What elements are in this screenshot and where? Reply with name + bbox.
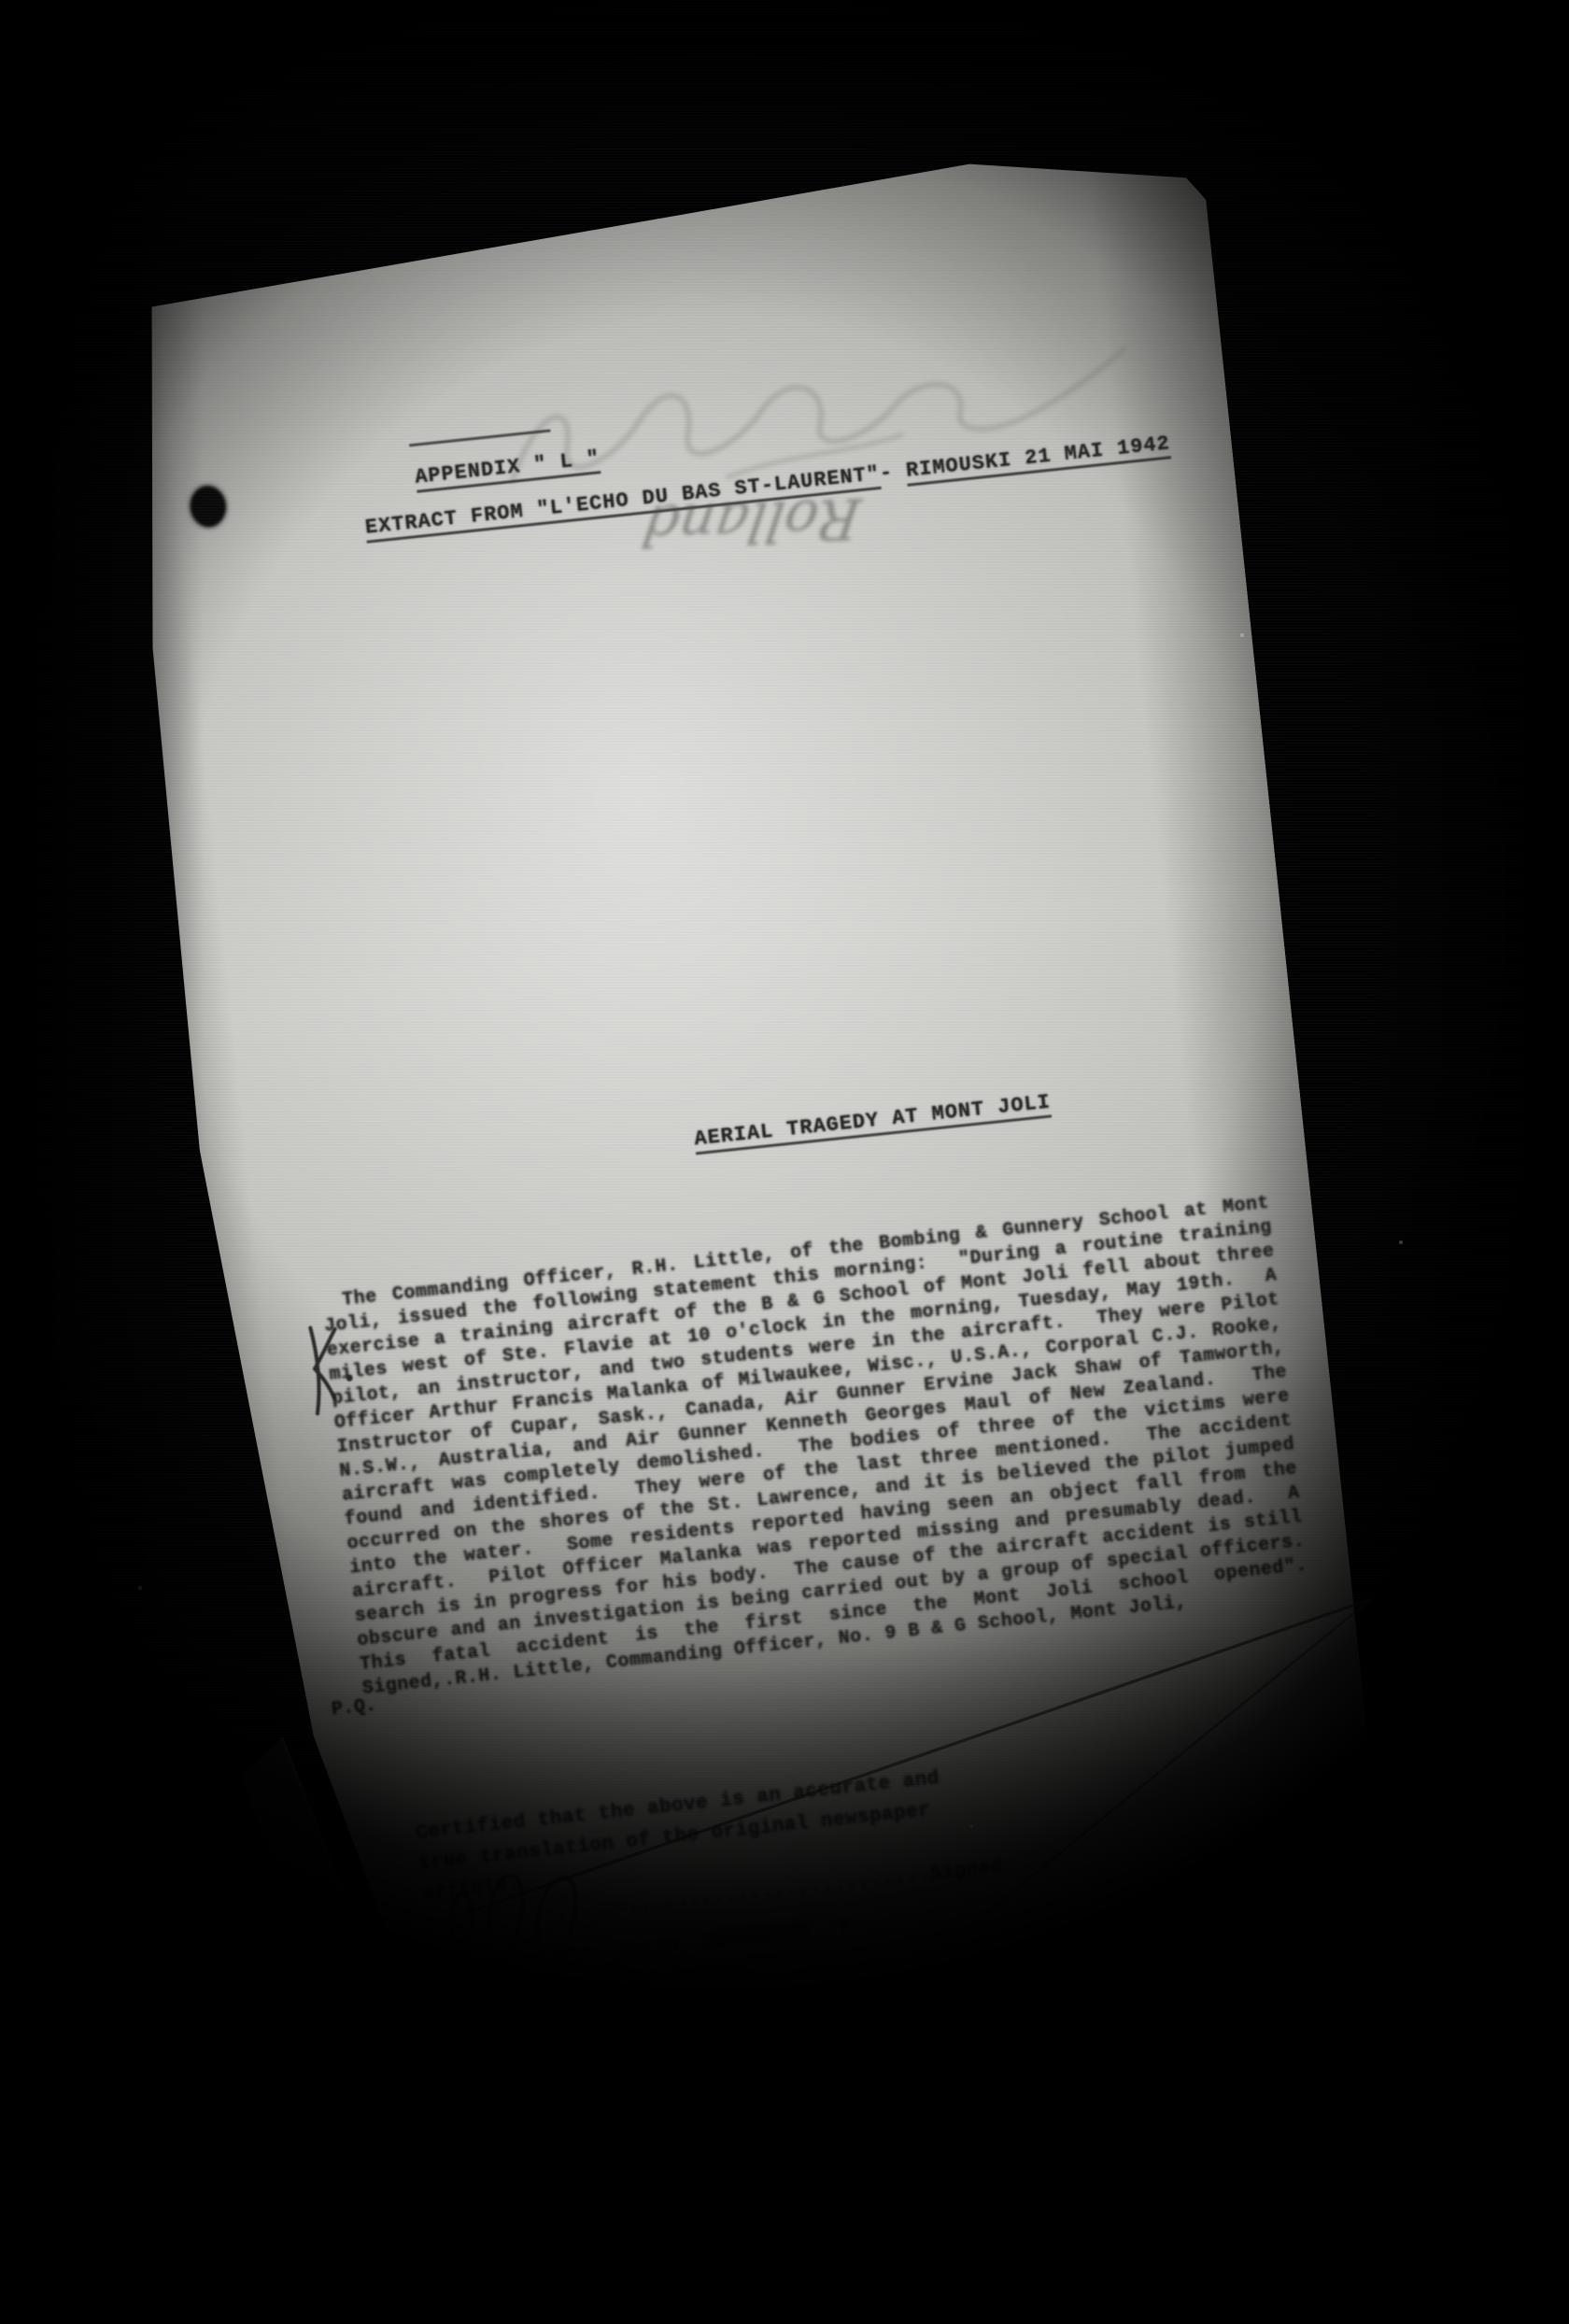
document-page: APPENDIX " L " EXTRACT FROM "L'ECHO DU B… (48, 132, 1410, 2260)
scanned-photograph: APPENDIX " L " EXTRACT FROM "L'ECHO DU B… (0, 0, 1569, 2324)
article-body: The Commanding Officer, R.H. Little, of … (320, 1192, 1311, 1702)
punch-hole (189, 484, 228, 529)
handwritten-name-inverted: Rolland (598, 484, 906, 560)
ink-smudge (700, 1920, 811, 1949)
officer-suffix: . F . (815, 1914, 878, 1942)
article-province: P.Q. (331, 1694, 377, 1721)
article-heading-text: AERIAL TRAGEDY AT MONT JOLI (693, 1090, 1052, 1155)
extract-separator: - (879, 460, 908, 486)
article-heading: AERIAL TRAGEDY AT MONT JOLI (693, 1090, 1052, 1151)
signed-label: Signed (929, 1856, 1004, 1885)
